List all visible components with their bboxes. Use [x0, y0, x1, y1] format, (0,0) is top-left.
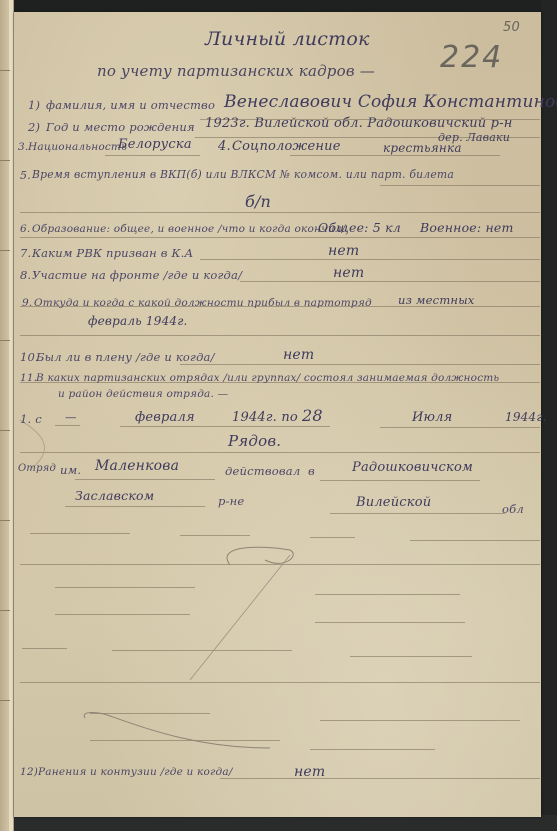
field-10-value: нет: [283, 347, 314, 363]
unit-acted: действовал: [225, 464, 300, 478]
field-4-label: Соцположение: [232, 139, 341, 154]
field-11-label: В каких партизанских отрядах /или группа…: [36, 372, 499, 384]
field-11-label-2: и район действия отряда. —: [58, 388, 228, 400]
field-12-num: 12): [20, 766, 38, 778]
field-8-num: 8.: [20, 268, 31, 282]
unit-in: в: [308, 464, 315, 478]
service-prefix: 1. с: [20, 412, 42, 426]
service-month-from: февраля: [135, 410, 195, 425]
field-5-label: Время вступления в ВКП(б) или ВЛКСМ № ко…: [32, 168, 454, 181]
field-9-value: из местных: [398, 293, 474, 307]
field-2-value: 1923г. Вилейской обл. Радошковичский р-н: [205, 116, 513, 131]
unit-obl: обл: [502, 502, 524, 516]
field-1-num: 1): [28, 98, 40, 112]
field-4-value: крестьянка: [383, 141, 462, 155]
field-9-num: 9.: [22, 297, 32, 309]
field-2-label: Год и место рождения: [46, 120, 195, 134]
field-5-num: 5.: [20, 169, 31, 182]
field-7-num: 7.: [20, 246, 31, 260]
field-1-value: Венеславович София Константиновна: [224, 92, 557, 112]
field-2-num: 2): [28, 120, 40, 134]
field-10-label: Был ли в плену /где и когда/: [36, 350, 215, 364]
unit-prefix: Отряд: [18, 463, 56, 474]
field-8-value: нет: [333, 265, 364, 281]
field-6-label: Образование: общее, и военное /что и ког…: [32, 223, 345, 235]
service-year-to: 1944г.: [505, 410, 547, 424]
archive-number: 224: [440, 40, 503, 75]
field-9-label: Откуда и когда с какой должности прибыл …: [34, 297, 372, 309]
field-3-label: Национальность: [28, 141, 127, 153]
field-7-label: Каким РВК призван в К.А: [32, 246, 193, 260]
service-position: Рядов.: [228, 432, 281, 450]
field-8-label: Участие на фронте /где и когда/: [32, 268, 242, 282]
document-subtitle: по учету партизанских кадров —: [97, 62, 375, 80]
field-3-value: Белоруска: [118, 137, 192, 152]
unit-name: Маленкова: [95, 458, 179, 474]
field-4-num: 4.: [218, 139, 231, 154]
field-6-num: 6.: [20, 223, 30, 235]
unit-district-2: Заславском: [75, 488, 154, 503]
field-6-military-value: Военное: нет: [420, 220, 514, 235]
sheet-number: 50: [503, 20, 520, 35]
field-12-label: Ранения и контузии /где и когда/: [38, 766, 233, 778]
unit-rne: р-не: [218, 494, 244, 508]
service-day-to: 28: [302, 406, 323, 425]
unit-region: Вилейской: [356, 495, 431, 510]
field-9-date: февраль 1944г.: [88, 314, 188, 328]
service-year-from: 1944г. по: [232, 410, 298, 425]
field-1-label: фамилия, имя и отчество: [46, 98, 215, 112]
field-11-num: 11.: [20, 372, 37, 384]
field-12-value: нет: [294, 764, 325, 780]
field-6-value: Общее: 5 кл: [318, 220, 401, 235]
unit-im: им.: [60, 463, 81, 477]
document-title: Личный листок: [205, 28, 370, 50]
service-day-from: —: [65, 410, 77, 424]
field-7-value: нет: [328, 243, 359, 259]
field-5-value: б/п: [245, 192, 271, 211]
service-month-to: Июля: [412, 410, 452, 425]
field-3-num: 3.: [18, 141, 28, 153]
unit-district-1: Радошковичском: [352, 460, 473, 475]
